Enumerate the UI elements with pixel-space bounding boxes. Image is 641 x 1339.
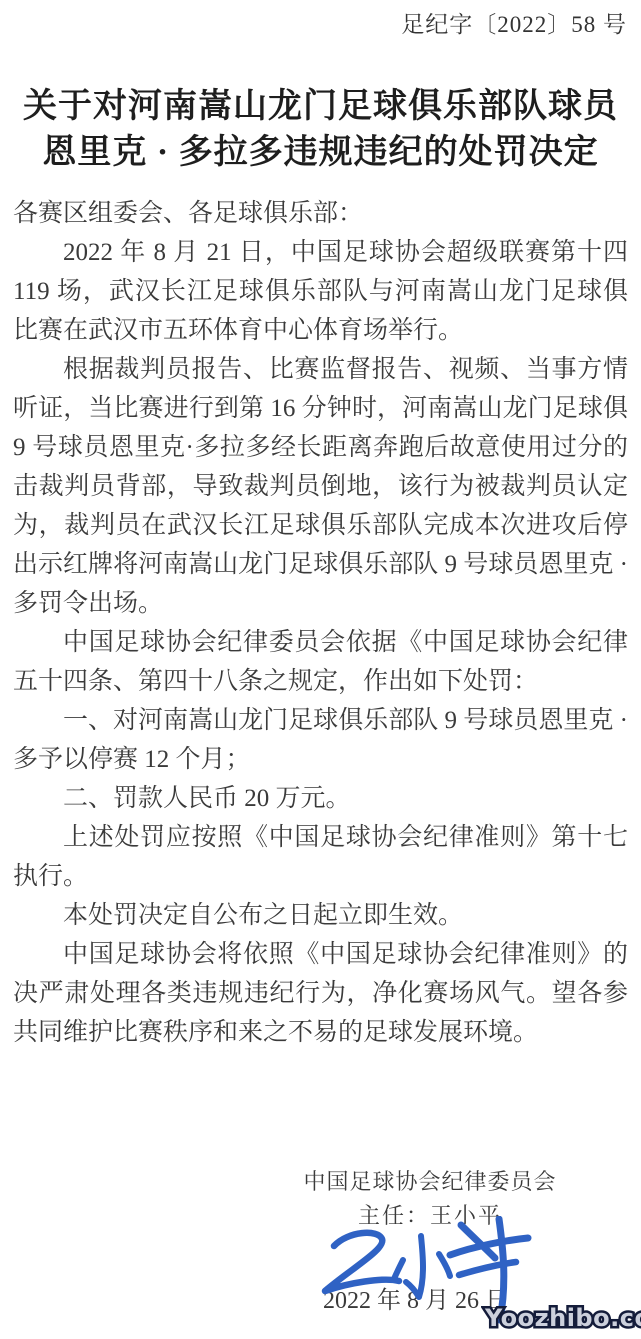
signature-block: 中国足球协会纪律委员会 主任：王小平 2022 年 8 月 26 日 bbox=[280, 1168, 580, 1316]
body-line: 听证，当比赛进行到第 16 分钟时，河南嵩山龙门足球俱乐部队 bbox=[13, 389, 628, 428]
body-line: 击裁判员背部，导致裁判员倒地，该行为被裁判员认定为暴力行 bbox=[13, 467, 628, 506]
salutation-line: 各赛区组委会、各足球俱乐部： bbox=[13, 194, 628, 233]
document-body: 各赛区组委会、各足球俱乐部： 2022 年 8 月 21 日，中国足球协会超级联… bbox=[13, 194, 628, 1052]
watermark-label: Yoozhibo.com bbox=[484, 1304, 641, 1332]
body-line: 中国足球协会将依照《中国足球协会纪律准则》的规定，坚 bbox=[13, 935, 628, 974]
issuing-org: 中国足球协会纪律委员会 bbox=[280, 1168, 580, 1196]
body-line: 多予以停赛 12 个月； bbox=[13, 740, 628, 779]
body-line: 根据裁判员报告、比赛监督报告、视频、当事方情况说明及 bbox=[13, 350, 628, 389]
body-line: 本处罚决定自公布之日起立即生效。 bbox=[13, 896, 628, 935]
body-line: 119 场，武汉长江足球俱乐部队与河南嵩山龙门足球俱乐部队的 bbox=[13, 272, 628, 311]
watermark-text: Yoozhibo.com bbox=[481, 1297, 641, 1337]
document-page: 足纪字〔2022〕58 号 关于对河南嵩山龙门足球俱乐部队球员恩里克 · 多拉多… bbox=[0, 0, 641, 1339]
body-line: 决严肃处理各类违规违纪行为，净化赛场风气。望各参与方能够 bbox=[13, 974, 628, 1013]
document-title: 关于对河南嵩山龙门足球俱乐部队球员恩里克 · 多拉多违规违纪的处罚决定 bbox=[0, 84, 641, 176]
body-line: 9 号球员恩里克·多拉多经长距离奔跑后故意使用过分的力量撞 bbox=[13, 428, 628, 467]
body-line: 共同维护比赛秩序和来之不易的足球发展环境。 bbox=[13, 1013, 628, 1052]
signer-line: 主任：王小平 bbox=[280, 1202, 580, 1230]
title-line: 恩里克 · 多拉多违规违纪的处罚决定 bbox=[0, 130, 641, 176]
body-line: 上述处罚应按照《中国足球协会纪律准则》第十七条的规定 bbox=[13, 818, 628, 857]
body-line: 2022 年 8 月 21 日，中国足球协会超级联赛第十四轮场序第 bbox=[13, 233, 628, 272]
body-line: 比赛在武汉市五环体育中心体育场举行。 bbox=[13, 311, 628, 350]
body-line: 出示红牌将河南嵩山龙门足球俱乐部队 9 号球员恩里克 · 多拉 bbox=[13, 545, 628, 584]
doc-number: 足纪字〔2022〕58 号 bbox=[0, 0, 641, 38]
body-line: 中国足球协会纪律委员会依据《中国足球协会纪律准则》第 bbox=[13, 623, 628, 662]
body-line: 执行。 bbox=[13, 857, 628, 896]
body-line: 多罚令出场。 bbox=[13, 584, 628, 623]
title-line: 关于对河南嵩山龙门足球俱乐部队球员 bbox=[0, 84, 641, 130]
body-line: 为，裁判员在武汉长江足球俱乐部队完成本次进攻后停止比赛， bbox=[13, 506, 628, 545]
body-line: 二、罚款人民币 20 万元。 bbox=[13, 779, 628, 818]
body-line: 五十四条、第四十八条之规定，作出如下处罚： bbox=[13, 662, 628, 701]
body-line: 一、对河南嵩山龙门足球俱乐部队 9 号球员恩里克 · 多拉 bbox=[13, 701, 628, 740]
